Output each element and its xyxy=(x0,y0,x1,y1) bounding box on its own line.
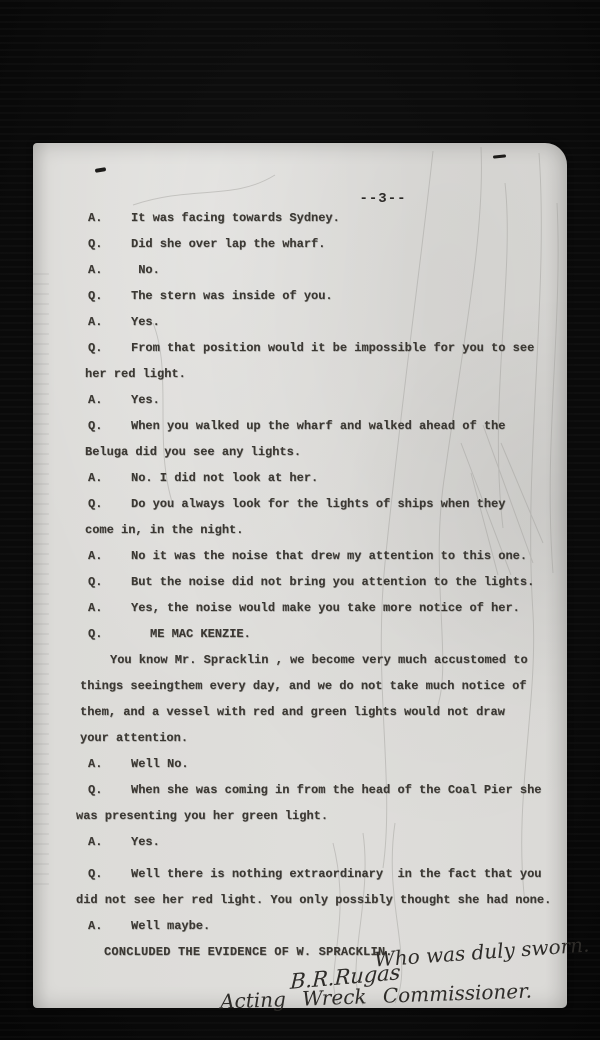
transcript-line: Q.When she was coming in from the head o… xyxy=(88,777,566,803)
speaker-label: A. xyxy=(88,829,131,855)
transcript-line: Q.Do you always look for the lights of s… xyxy=(88,491,566,517)
transcript-line: A. No. xyxy=(88,257,566,283)
speaker-label: Q. xyxy=(88,231,131,257)
line-text: Well there is nothing extraordinary in t… xyxy=(131,867,541,881)
transcript-line: Q.The stern was inside of you. xyxy=(88,283,566,309)
scan-ridge-texture xyxy=(33,273,49,893)
line-text: When she was coming in from the head of … xyxy=(131,783,541,797)
speaker-label: A. xyxy=(88,913,131,939)
speaker-label: A. xyxy=(88,309,131,335)
speaker-label: A. xyxy=(88,465,131,491)
transcript-line: A.Well No. xyxy=(88,751,566,777)
line-text: your attention. xyxy=(80,731,188,745)
line-text: The stern was inside of you. xyxy=(131,289,333,303)
transcript-line: was presenting you her green light. xyxy=(76,803,566,829)
line-text: things seeingthem every day, and we do n… xyxy=(80,679,526,693)
line-text: Did she over lap the wharf. xyxy=(131,237,325,251)
line-text: No. I did not look at her. xyxy=(131,471,318,485)
speaker-label: A. xyxy=(88,543,131,569)
speaker-label: A. xyxy=(88,595,131,621)
transcript-line: come in, in the night. xyxy=(85,517,566,543)
transcript-line: A.Well maybe. xyxy=(88,913,566,939)
line-text: was presenting you her green light. xyxy=(76,809,328,823)
transcript-line: A.Yes. xyxy=(88,829,566,855)
line-text: Yes. xyxy=(131,393,160,407)
transcript-line: A.It was facing towards Sydney. xyxy=(88,205,566,231)
line-text: did not see her red light. You only poss… xyxy=(76,893,551,907)
transcript-line: Q.Well there is nothing extraordinary in… xyxy=(88,861,566,887)
line-text: No it was the noise that drew my attenti… xyxy=(131,549,527,563)
transcript-line: Q.When you walked up the wharf and walke… xyxy=(88,413,566,439)
transcript-line: You know Mr. Spracklin , we become very … xyxy=(80,647,566,673)
transcript-line: Beluga did you see any lights. xyxy=(85,439,566,465)
transcript-line: Q.Did she over lap the wharf. xyxy=(88,231,566,257)
line-text: No. xyxy=(131,263,160,277)
transcript-line: A.No. I did not look at her. xyxy=(88,465,566,491)
transcript-line: Q.From that position would it be impossi… xyxy=(88,335,566,361)
line-text: CONCLUDED THE EVIDENCE OF W. SPRACKLIN. xyxy=(104,945,393,959)
line-text: But the noise did not bring you attentio… xyxy=(131,575,534,589)
transcript-line: things seeingthem every day, and we do n… xyxy=(80,673,566,699)
line-text: Do you always look for the lights of shi… xyxy=(131,497,505,511)
transcript-line: A.Yes, the noise would make you take mor… xyxy=(88,595,566,621)
transcript-line: A.No it was the noise that drew my atten… xyxy=(88,543,566,569)
transcript-line: your attention. xyxy=(80,725,566,751)
document-page: --3-- A.It was facing towards Sydney.Q.D… xyxy=(33,143,567,1008)
line-text: her red light. xyxy=(85,367,186,381)
line-text: Well maybe. xyxy=(131,919,210,933)
line-text: come in, in the night. xyxy=(85,523,243,537)
speaker-label: Q. xyxy=(88,621,150,647)
line-text: Yes. xyxy=(131,315,160,329)
scan-background: --3-- A.It was facing towards Sydney.Q.D… xyxy=(0,0,600,1040)
speaker-label: Q. xyxy=(88,413,131,439)
transcript-line: her red light. xyxy=(85,361,566,387)
speaker-label: Q. xyxy=(88,491,131,517)
transcript-line: Q.But the noise did not bring you attent… xyxy=(88,569,566,595)
transcript-line: A.Yes. xyxy=(88,387,566,413)
speaker-label: A. xyxy=(88,751,131,777)
speaker-label: Q. xyxy=(88,335,131,361)
line-text: ME MAC KENZIE. xyxy=(150,627,251,641)
speaker-label: A. xyxy=(88,387,131,413)
line-text: From that position would it be impossibl… xyxy=(131,341,534,355)
line-text: Well No. xyxy=(131,757,189,771)
speaker-label: Q. xyxy=(88,569,131,595)
line-text: them, and a vessel with red and green li… xyxy=(80,705,505,719)
speaker-label: Q. xyxy=(88,861,131,887)
speaker-label: Q. xyxy=(88,777,131,803)
line-text: Yes. xyxy=(131,835,160,849)
crease-line xyxy=(133,175,275,205)
transcript-line: them, and a vessel with red and green li… xyxy=(80,699,566,725)
line-text: Yes, the noise would make you take more … xyxy=(131,601,520,615)
line-text: When you walked up the wharf and walked … xyxy=(131,419,505,433)
line-text: It was facing towards Sydney. xyxy=(131,211,340,225)
transcript-line: did not see her red light. You only poss… xyxy=(76,887,566,913)
line-text: You know Mr. Spracklin , we become very … xyxy=(110,653,528,667)
transcript-line: Q.ME MAC KENZIE. xyxy=(88,621,566,647)
speaker-label: A. xyxy=(88,205,131,231)
transcript: A.It was facing towards Sydney.Q.Did she… xyxy=(88,205,566,965)
speaker-label: Q. xyxy=(88,283,131,309)
speaker-label: A. xyxy=(88,257,131,283)
line-text: Beluga did you see any lights. xyxy=(85,445,301,459)
transcript-line: A.Yes. xyxy=(88,309,566,335)
